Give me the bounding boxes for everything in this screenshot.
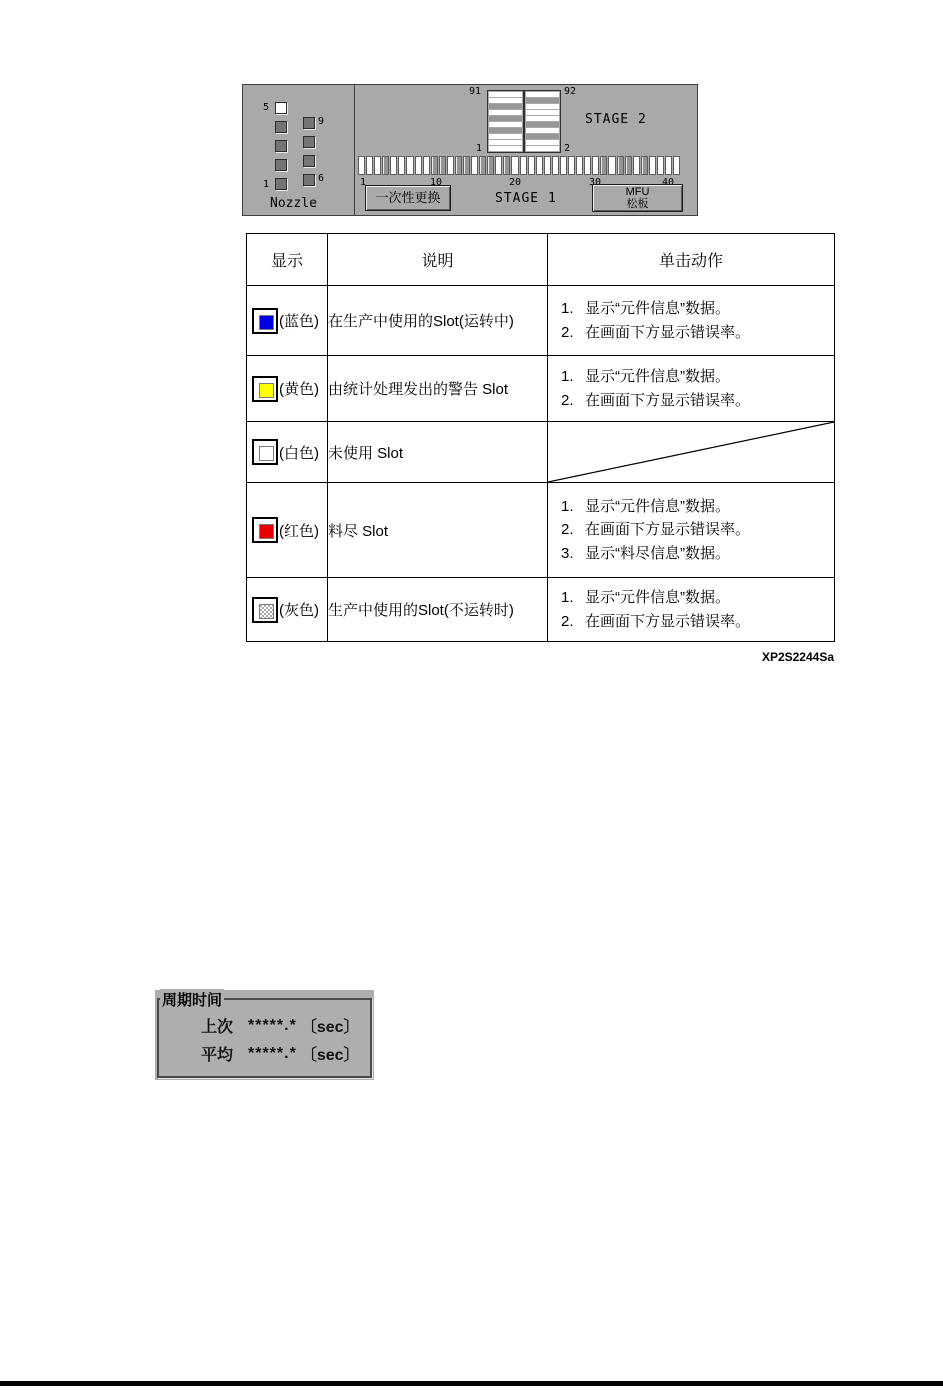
stage1-slot[interactable] [463,156,470,175]
stage1-slot-strip [358,156,680,175]
stage2-bar[interactable] [489,122,522,127]
stage1-slot[interactable] [608,156,615,175]
legend-actions-cell: 1.显示“元件信息”数据。2.在画面下方显示错误率。 [548,578,835,642]
stage2-bottom-right-number: 2 [564,143,570,154]
stage1-slot[interactable] [649,156,656,175]
action-number: 3. [561,542,585,565]
stage2-bar[interactable] [489,104,522,109]
stage2-bar[interactable] [526,122,559,127]
nozzle-indicator[interactable] [275,102,287,114]
stage2-right-tray [524,90,561,153]
stage1-slot[interactable] [423,156,430,175]
cycle-time-unit: 〔sec〕 [301,1014,360,1037]
action-number: 2. [561,610,585,633]
action-item: 2.在画面下方显示错误率。 [561,610,830,633]
legend-actions-cell: 1.显示“元件信息”数据。2.在画面下方显示错误率。 [548,356,835,422]
stage1-slot[interactable] [568,156,575,175]
stage2-bar[interactable] [526,116,559,121]
stage1-slot[interactable] [641,156,648,175]
legend-color-cell: (蓝色) [247,286,328,356]
cycle-time-frame [157,998,372,1078]
stage1-slot[interactable] [528,156,535,175]
cycle-time-groupbox: 周期时间 上次*****.*〔sec〕平均*****.*〔sec〕 [155,990,374,1080]
legend-color-cell: (白色) [247,422,328,483]
stage2-bar[interactable] [526,146,559,151]
action-item: 1.显示“元件信息”数据。 [561,297,830,320]
stage2-bar[interactable] [526,104,559,109]
nozzle-right-bottom-index-label: 6 [318,173,324,184]
color-name-label: (灰色) [279,599,319,620]
stage1-slot[interactable] [625,156,632,175]
stage2-bar[interactable] [526,92,559,97]
stage1-slot[interactable] [673,156,680,175]
action-text: 在画面下方显示错误率。 [585,610,750,633]
legend-color-cell: (红色) [247,483,328,578]
slot-color-icon [252,308,278,334]
slot-color-icon [252,597,278,623]
stage1-slot[interactable] [552,156,559,175]
legend-description-cell: 生产中使用的Slot(不运转时) [328,578,548,642]
slot-color-fill [259,315,274,330]
mfu-button-line2: 松板 [627,198,649,210]
stage1-slot[interactable] [617,156,624,175]
action-text: 显示“元件信息”数据。 [585,495,730,518]
figure-code: XP2S2244Sa [650,650,834,664]
color-name-label: (蓝色) [279,310,319,331]
action-number: 2. [561,518,585,541]
cycle-time-unit: 〔sec〕 [301,1042,360,1065]
stage2-bar[interactable] [489,116,522,121]
stage2-bar[interactable] [526,110,559,115]
stage1-slot[interactable] [495,156,502,175]
slot-color-fill [259,604,274,619]
stage1-slot[interactable] [592,156,599,175]
stage2-bar[interactable] [489,134,522,139]
stage1-slot[interactable] [503,156,510,175]
stage2-bar[interactable] [489,92,522,97]
action-text: 显示“元件信息”数据。 [585,365,730,388]
stage2-top-right-number: 92 [564,86,576,97]
action-text: 显示“元件信息”数据。 [585,297,730,320]
nozzle-indicator[interactable] [303,155,315,167]
not-applicable-diagonal [548,422,834,482]
stage2-top-left-number: 91 [469,86,481,97]
legend-color-cell: (黄色) [247,356,328,422]
action-text: 显示“料尽信息”数据。 [585,542,730,565]
stage2-bar[interactable] [526,128,559,133]
color-name-label: (红色) [279,520,319,541]
stage1-slot[interactable] [431,156,438,175]
action-text: 在画面下方显示错误率。 [585,321,750,344]
legend-row: (白色)未使用 Slot [247,422,835,483]
mfu-button-line1: MFU [626,186,650,198]
stage1-slot[interactable] [544,156,551,175]
slot-scale-number: 20 [509,177,521,188]
nozzle-indicator[interactable] [275,121,287,133]
nozzle-section: 5 1 9 6 Nozzle [243,85,355,215]
stage1-slot[interactable] [447,156,454,175]
slot-color-legend-table: 显示说明单击动作 (蓝色)在生产中使用的Slot(运转中)1.显示“元件信息”数… [246,233,835,642]
nozzle-indicator[interactable] [303,174,315,186]
cycle-time-row: 上次*****.*〔sec〕 [155,1014,374,1037]
nozzle-indicator[interactable] [275,159,287,171]
page-footer-rule [0,1381,943,1386]
action-item: 2.在画面下方显示错误率。 [561,518,830,541]
action-number: 2. [561,389,585,412]
feeder-status-panel: 5 1 9 6 Nozzle 91 92 1 2 STAGE 2 1102030… [242,84,698,216]
legend-column-header: 显示 [247,234,328,286]
legend-description-cell: 料尽 Slot [328,483,548,578]
stage2-bar[interactable] [489,110,522,115]
nozzle-indicator[interactable] [303,117,315,129]
color-name-label: (白色) [279,442,319,463]
stage1-slot[interactable] [374,156,381,175]
legend-header-row: 显示说明单击动作 [247,234,835,286]
cycle-time-value: *****.* [248,1017,297,1035]
action-item: 3.显示“料尽信息”数据。 [561,542,830,565]
stage1-slot[interactable] [487,156,494,175]
action-item: 1.显示“元件信息”数据。 [561,495,830,518]
action-text: 显示“元件信息”数据。 [585,586,730,609]
action-number: 1. [561,297,585,320]
stage1-slot[interactable] [398,156,405,175]
stage2-left-tray [487,90,524,153]
cycle-time-value: *****.* [248,1045,297,1063]
stage1-slot[interactable] [390,156,397,175]
stage1-slot[interactable] [511,156,518,175]
stage2-bar[interactable] [526,134,559,139]
stage1-slot[interactable] [665,156,672,175]
cycle-time-title: 周期时间 [160,989,224,1010]
slot-color-fill [259,383,274,398]
cycle-time-label: 上次 [155,1014,233,1037]
legend-description-cell: 未使用 Slot [328,422,548,483]
color-name-label: (黄色) [279,378,319,399]
stage1-slot[interactable] [455,156,462,175]
action-text: 在画面下方显示错误率。 [585,518,750,541]
stage1-slot[interactable] [520,156,527,175]
legend-actions-cell [548,422,835,483]
mfu-release-button[interactable]: MFU 松板 [592,184,683,212]
slot-color-icon [252,517,278,543]
stage1-slot[interactable] [471,156,478,175]
stage2-bar[interactable] [526,98,559,103]
stage1-slot[interactable] [479,156,486,175]
stage1-slot[interactable] [600,156,607,175]
stage1-slot[interactable] [382,156,389,175]
legend-row: (黄色)由统计处理发出的警告 Slot1.显示“元件信息”数据。2.在画面下方显… [247,356,835,422]
action-number: 2. [561,321,585,344]
legend-row: (蓝色)在生产中使用的Slot(运转中)1.显示“元件信息”数据。2.在画面下方… [247,286,835,356]
slot-color-icon [252,376,278,402]
stage1-slot[interactable] [439,156,446,175]
manual-page: 5 1 9 6 Nozzle 91 92 1 2 STAGE 2 1102030… [0,0,943,1391]
action-text: 在画面下方显示错误率。 [585,389,750,412]
stage2-bottom-left-number: 1 [476,143,482,154]
one-time-replace-button[interactable]: 一次性更换 [365,185,451,211]
slot-color-fill [259,446,274,461]
stage1-slot[interactable] [536,156,543,175]
action-item: 1.显示“元件信息”数据。 [561,586,830,609]
stage1-slot[interactable] [657,156,664,175]
legend-actions-cell: 1.显示“元件信息”数据。2.在画面下方显示错误率。 [548,286,835,356]
stage1-label: STAGE 1 [495,191,557,206]
slot-color-fill [259,524,274,539]
stage1-slot[interactable] [584,156,591,175]
stage2-label: STAGE 2 [585,112,647,127]
cycle-time-label: 平均 [155,1042,233,1065]
nozzle-caption: Nozzle [270,196,317,211]
legend-color-cell: (灰色) [247,578,328,642]
stage2-bar[interactable] [489,146,522,151]
cycle-time-row: 平均*****.*〔sec〕 [155,1042,374,1065]
legend-row: (红色)料尽 Slot1.显示“元件信息”数据。2.在画面下方显示错误率。3.显… [247,483,835,578]
nozzle-right-top-index-label: 9 [318,116,324,127]
stage1-slot[interactable] [415,156,422,175]
legend-row: (灰色)生产中使用的Slot(不运转时)1.显示“元件信息”数据。2.在画面下方… [247,578,835,642]
action-number: 1. [561,365,585,388]
stage1-slot[interactable] [406,156,413,175]
stage1-slot[interactable] [358,156,365,175]
stage2-bar[interactable] [489,140,522,145]
nozzle-bottom-index-label: 1 [263,179,269,190]
action-item: 2.在画面下方显示错误率。 [561,321,830,344]
nozzle-indicator[interactable] [275,140,287,152]
nozzle-indicator[interactable] [275,178,287,190]
legend-description-cell: 在生产中使用的Slot(运转中) [328,286,548,356]
action-number: 1. [561,495,585,518]
stage1-slot[interactable] [576,156,583,175]
stage2-bar[interactable] [489,98,522,103]
action-item: 1.显示“元件信息”数据。 [561,365,830,388]
legend-column-header: 说明 [328,234,548,286]
legend-column-header: 单击动作 [548,234,835,286]
stage1-slot[interactable] [366,156,373,175]
nozzle-left-column [275,102,287,190]
nozzle-indicator[interactable] [303,136,315,148]
action-number: 1. [561,586,585,609]
stage2-bar[interactable] [489,128,522,133]
legend-actions-cell: 1.显示“元件信息”数据。2.在画面下方显示错误率。3.显示“料尽信息”数据。 [548,483,835,578]
nozzle-right-column [303,117,315,186]
legend-description-cell: 由统计处理发出的警告 Slot [328,356,548,422]
stage2-bar[interactable] [526,140,559,145]
stage1-slot[interactable] [560,156,567,175]
action-item: 2.在画面下方显示错误率。 [561,389,830,412]
nozzle-top-index-label: 5 [263,102,269,113]
slot-color-icon [252,439,278,465]
stage1-slot[interactable] [633,156,640,175]
